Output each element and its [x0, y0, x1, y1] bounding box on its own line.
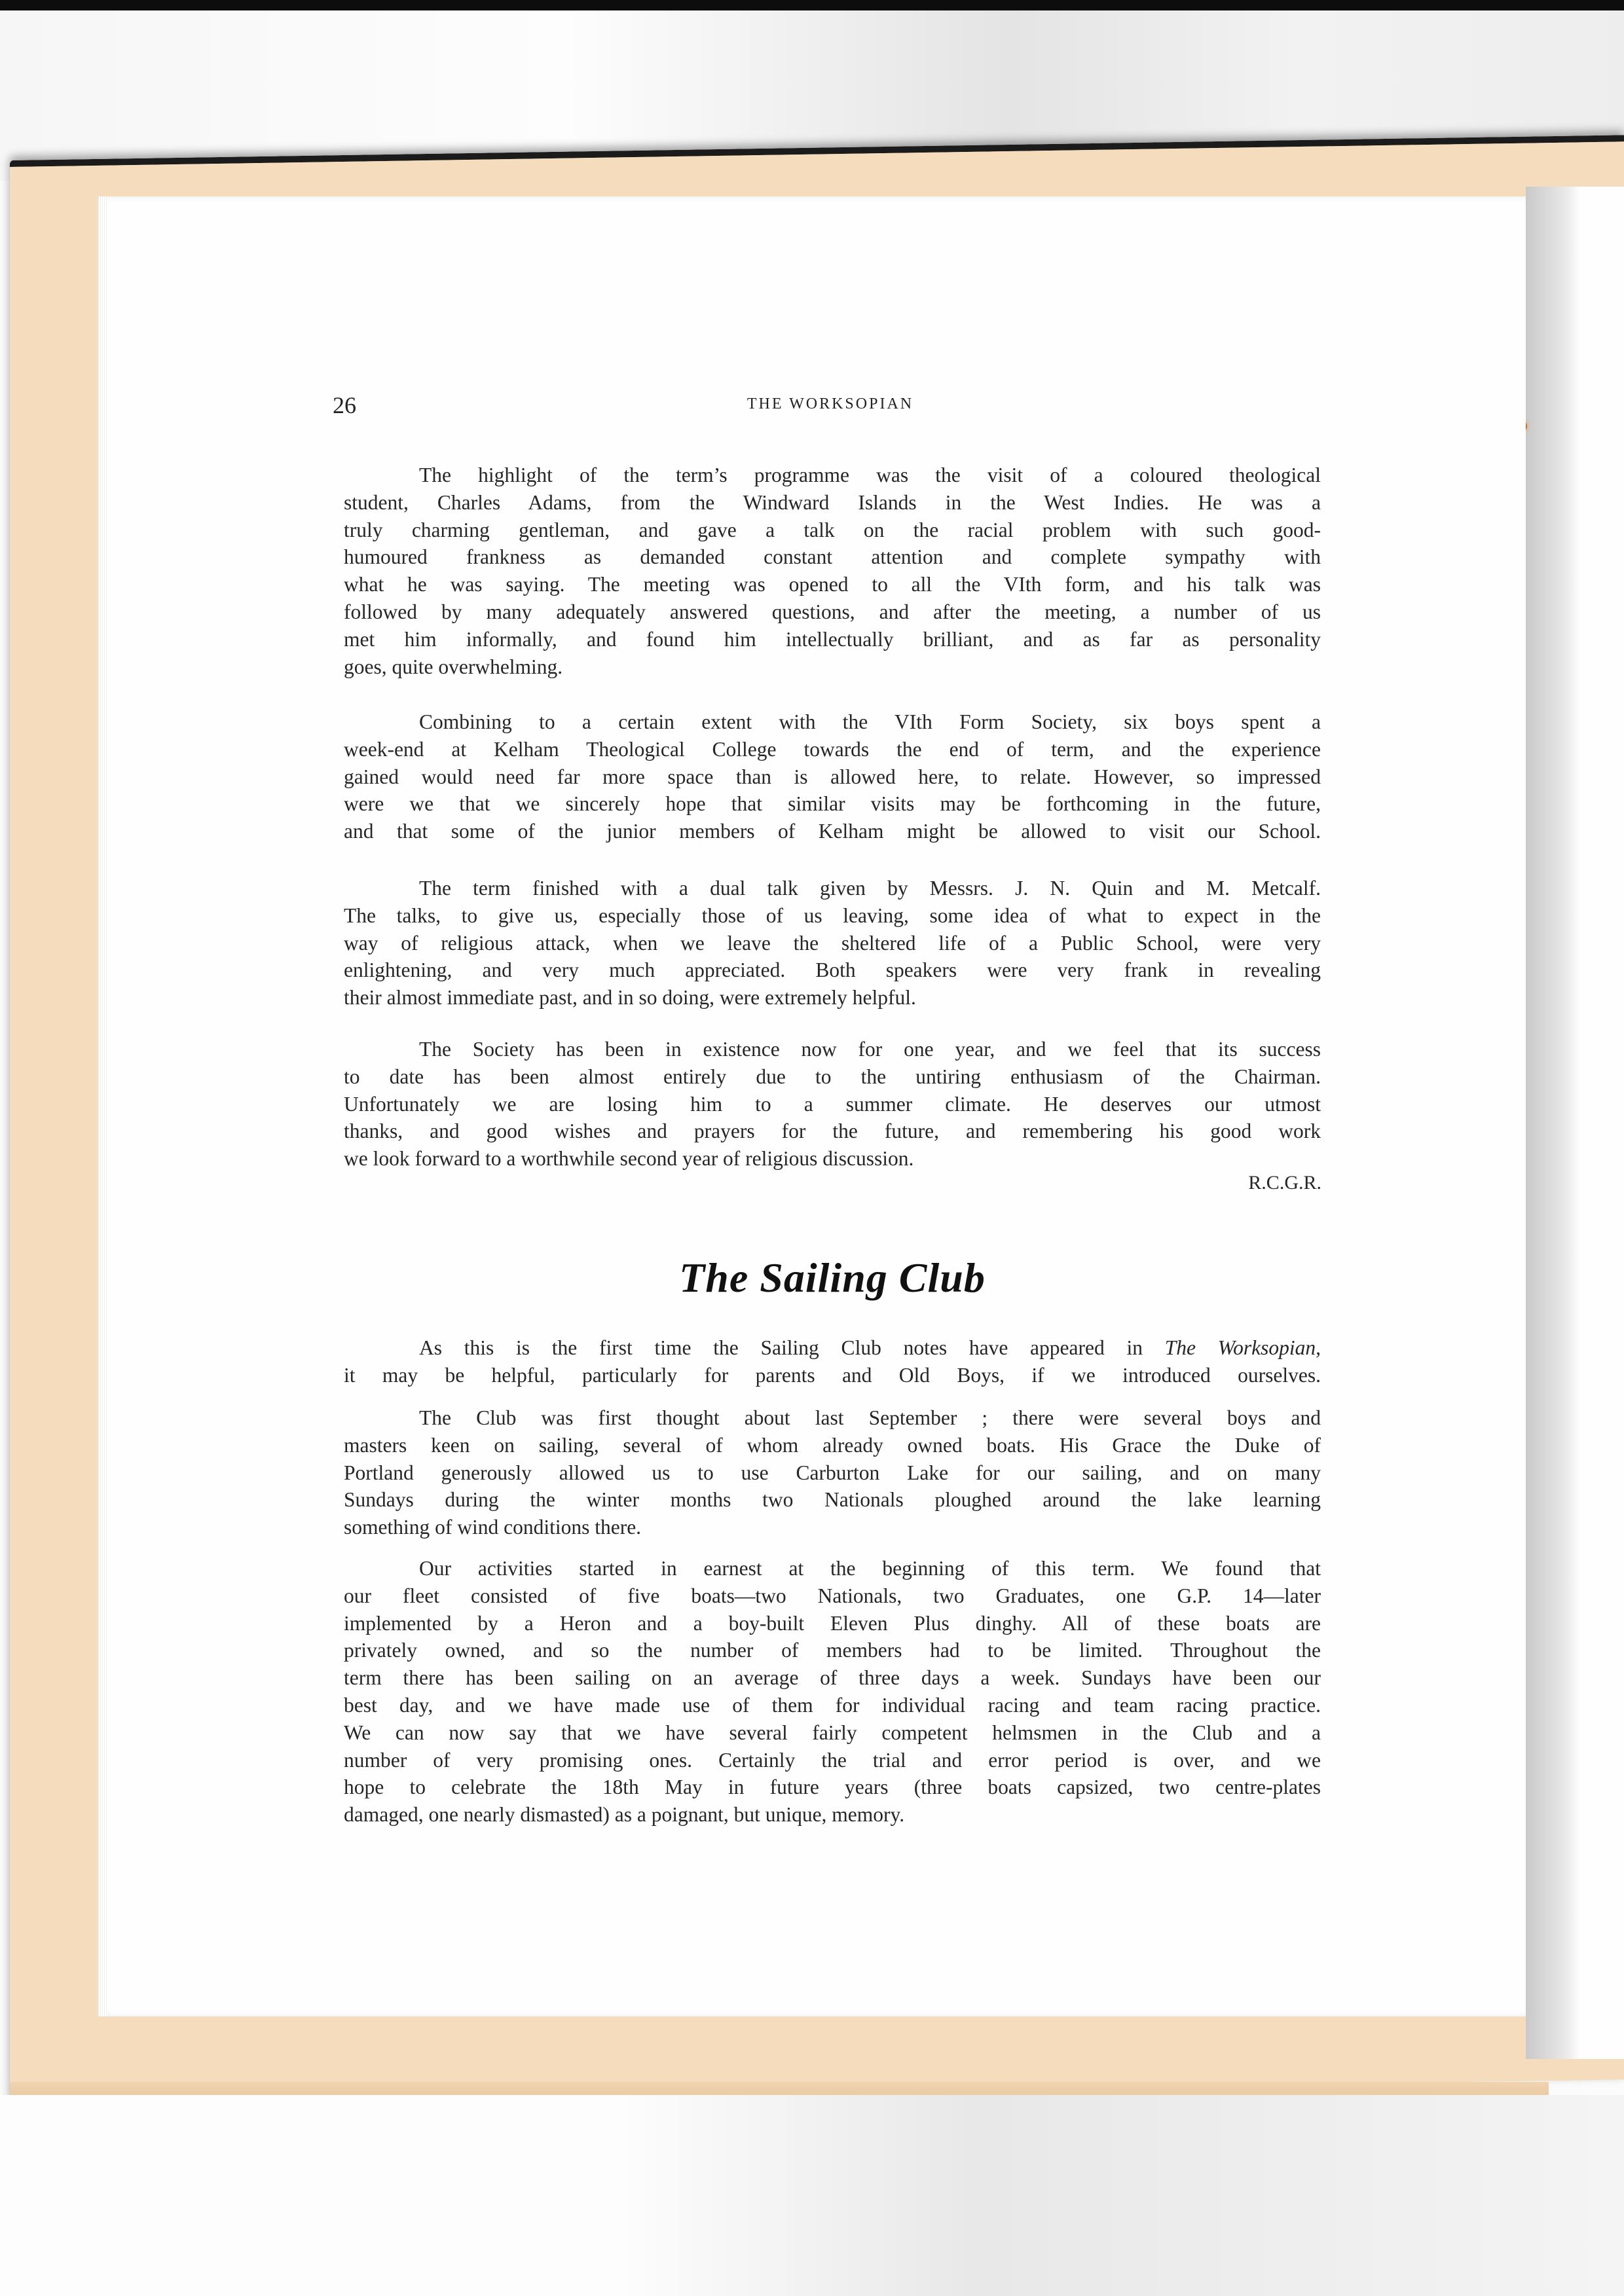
book-cover-bottom	[10, 2082, 1549, 2095]
page-edges	[98, 196, 107, 2016]
paragraph-highlight-visit: The highlight of the term’s programme wa…	[344, 462, 1321, 680]
paragraph-club-origin: The Club was first thought about last Se…	[344, 1404, 1321, 1541]
paragraph: The Society has been in existence now fo…	[344, 1036, 1321, 1173]
facing-page-strip	[1526, 187, 1624, 2059]
paragraph-society-year: The Society has been in existence now fo…	[344, 1036, 1321, 1173]
publication-title: The Worksopian,	[1165, 1336, 1321, 1359]
journal-title: THE WORKSOPIAN	[333, 395, 1328, 413]
paragraph-sailing-intro: As this is the first time the Sailing Cl…	[344, 1334, 1321, 1389]
paragraph: Combining to a certain extent with the V…	[344, 708, 1321, 845]
scanner-top-edge	[0, 0, 1624, 10]
section-heading: The Sailing Club	[344, 1254, 1321, 1302]
paragraph: The highlight of the term’s programme wa…	[344, 462, 1321, 680]
scanner-background-bottom	[0, 2095, 1624, 2296]
author-initials: R.C.G.R.	[1113, 1172, 1321, 1194]
paragraph-club-activities: Our activities started in earnest at the…	[344, 1555, 1321, 1829]
running-head: 26 THE WORKSOPIAN	[333, 392, 1328, 418]
paragraph-dual-talk: The term finished with a dual talk given…	[344, 875, 1321, 1011]
paragraph-kelham-visit: Combining to a certain extent with the V…	[344, 708, 1321, 845]
paragraph: The Club was first thought about last Se…	[344, 1404, 1321, 1541]
paragraph: As this is the first time the Sailing Cl…	[344, 1334, 1321, 1389]
paragraph: The term finished with a dual talk given…	[344, 875, 1321, 1011]
paragraph: Our activities started in earnest at the…	[344, 1555, 1321, 1829]
